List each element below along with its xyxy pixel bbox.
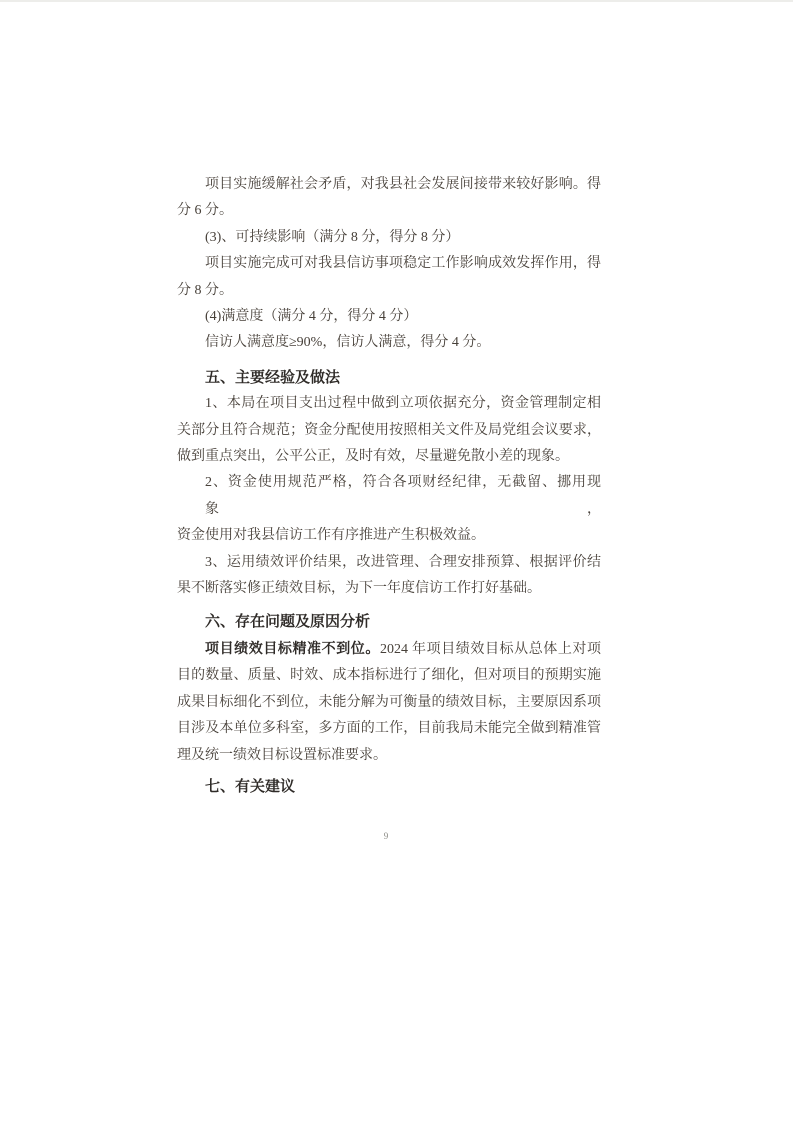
social-impact-line-1: 项目实施缓解社会矛盾，对我县社会发展间接带来较好影响。得 <box>177 172 601 198</box>
section5-item2-line2: 资金使用对我县信访工作有序推进产生积极效益。 <box>177 523 601 549</box>
page-number: 9 <box>376 831 396 841</box>
section5-heading: 五、主要经验及做法 <box>177 365 601 391</box>
section6-line1-rest: 2024 年项目绩效目标从总体上对项 <box>380 642 601 657</box>
satisfaction-line: 信访人满意度≥90%，信访人满意，得分 4 分。 <box>177 330 601 356</box>
sustain-impact-title: (3)、可持续影响（满分 8 分，得分 8 分） <box>177 225 601 251</box>
section6-line2: 目的数量、质量、时效、成本指标进行了细化，但对项目的预期实施 <box>177 663 601 689</box>
satisfaction-title: (4)满意度（满分 4 分，得分 4 分） <box>177 304 601 330</box>
section5-item1-line1: 1、本局在项目支出过程中做到立项依据充分，资金管理制定相 <box>177 391 601 417</box>
scan-top-edge <box>0 0 793 2</box>
section6-line5: 理及统一绩效目标设置标准要求。 <box>177 743 601 769</box>
section6-line3: 成果目标细化不到位，未能分解为可衡量的绩效目标，主要原因系项 <box>177 690 601 716</box>
section5-item3-line2: 果不断落实修正绩效目标，为下一年度信访工作打好基础。 <box>177 576 601 602</box>
section6-heading: 六、存在问题及原因分析 <box>177 609 601 635</box>
social-impact-line-2: 分 6 分。 <box>177 198 601 224</box>
document-page: 项目实施缓解社会矛盾，对我县社会发展间接带来较好影响。得 分 6 分。 (3)、… <box>0 0 793 1122</box>
section5-item2-line1: 2、资金使用规范严格，符合各项财经纪律，无截留、挪用现象， <box>177 470 601 523</box>
section6-bold-lead: 项目绩效目标精准不到位。 <box>205 640 380 656</box>
sustain-impact-line-1: 项目实施完成可对我县信访事项稳定工作影响成效发挥作用，得 <box>177 251 601 277</box>
section5-item1-line2: 关部分且符合规范；资金分配使用按照相关文件及局党组会议要求， <box>177 418 601 444</box>
section7-heading: 七、有关建议 <box>177 774 601 800</box>
sustain-impact-line-2: 分 8 分。 <box>177 278 601 304</box>
document-body: 项目实施缓解社会矛盾，对我县社会发展间接带来较好影响。得 分 6 分。 (3)、… <box>177 172 601 800</box>
section6-line4: 目涉及本单位多科室，多方面的工作，目前我局未能完全做到精准管 <box>177 716 601 742</box>
section5-item1-line3: 做到重点突出，公平公正，及时有效，尽量避免散小差的现象。 <box>177 444 601 470</box>
section6-line1: 项目绩效目标精准不到位。2024 年项目绩效目标从总体上对项 <box>177 635 601 663</box>
section5-item3-line1: 3、运用绩效评价结果，改进管理、合理安排预算、根据评价结 <box>177 550 601 576</box>
